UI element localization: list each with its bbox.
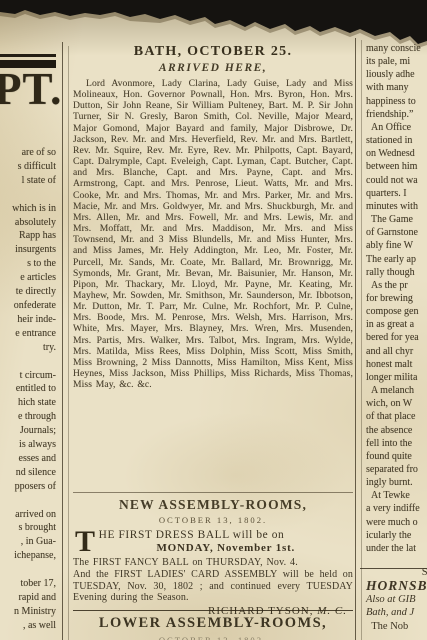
newspaper-scan: { "palette": { "background": "#14110d", … <box>0 0 427 640</box>
advert-line3: Bath, and J <box>366 606 427 619</box>
main-column: BATH, OCTOBER 25. ARRIVED HERE, Lord Avo… <box>73 44 353 640</box>
fancy-ball-line: The FIRST FANCY BALL on THURSDAY, Nov. 4… <box>73 557 353 568</box>
right-column-rule <box>355 38 356 640</box>
right-column-text-fragment: many conscie its pale, mi liously adhe w… <box>366 42 427 555</box>
advert-heading-fragment: ST <box>366 566 427 579</box>
article-subhead: ARRIVED HERE, <box>73 62 353 74</box>
lower-rooms-title: LOWER ASSEMBLY-ROOMS, <box>73 615 353 632</box>
masthead-rule-thin <box>0 54 56 57</box>
left-column-text-fragment: are of so s difficult l state of which i… <box>0 146 56 633</box>
arrivals-list: Lord Avonmore, Lady Clarina, Lady Guise,… <box>73 78 353 390</box>
advert-line2: Also at GIB <box>366 593 427 606</box>
left-column-rule-inner <box>68 46 69 640</box>
section-divider-strong <box>73 610 353 611</box>
lower-assembly-rooms-notice: LOWER ASSEMBLY-ROOMS, OCTOBER 13, 1802. <box>73 610 353 640</box>
card-assembly-text: And the FIRST LADIES' CARD ASSEMBLY will… <box>73 569 353 604</box>
dress-ball-date: MONDAY, November 1st. <box>73 542 353 554</box>
left-column-rule <box>62 42 63 640</box>
right-column-rule-inner <box>361 40 362 640</box>
dress-ball-text: HE FIRST DRESS BALL will be on <box>99 529 285 541</box>
advert-name-fragment: HORNSBY <box>366 579 427 592</box>
right-column-advert-fragment: ST HORNSBY Also at GIB Bath, and J The N… <box>366 566 427 633</box>
advert-line4: The Nob <box>366 620 427 633</box>
dress-ball-line: THE FIRST DRESS BALL will be on MONDAY, … <box>73 529 353 554</box>
new-assembly-rooms-notice: NEW ASSEMBLY-ROOMS, OCTOBER 13, 1802. TH… <box>73 492 353 617</box>
drop-cap: T <box>73 529 99 553</box>
article-dateline: BATH, OCTOBER 25. <box>73 44 353 60</box>
section-divider <box>73 492 353 493</box>
lower-rooms-date-partial: OCTOBER 13, 1802. <box>73 635 353 640</box>
masthead-title-fragment: PT. <box>0 66 56 112</box>
notice-title: NEW ASSEMBLY-ROOMS, <box>73 497 353 513</box>
notice-date: OCTOBER 13, 1802. <box>73 515 353 525</box>
